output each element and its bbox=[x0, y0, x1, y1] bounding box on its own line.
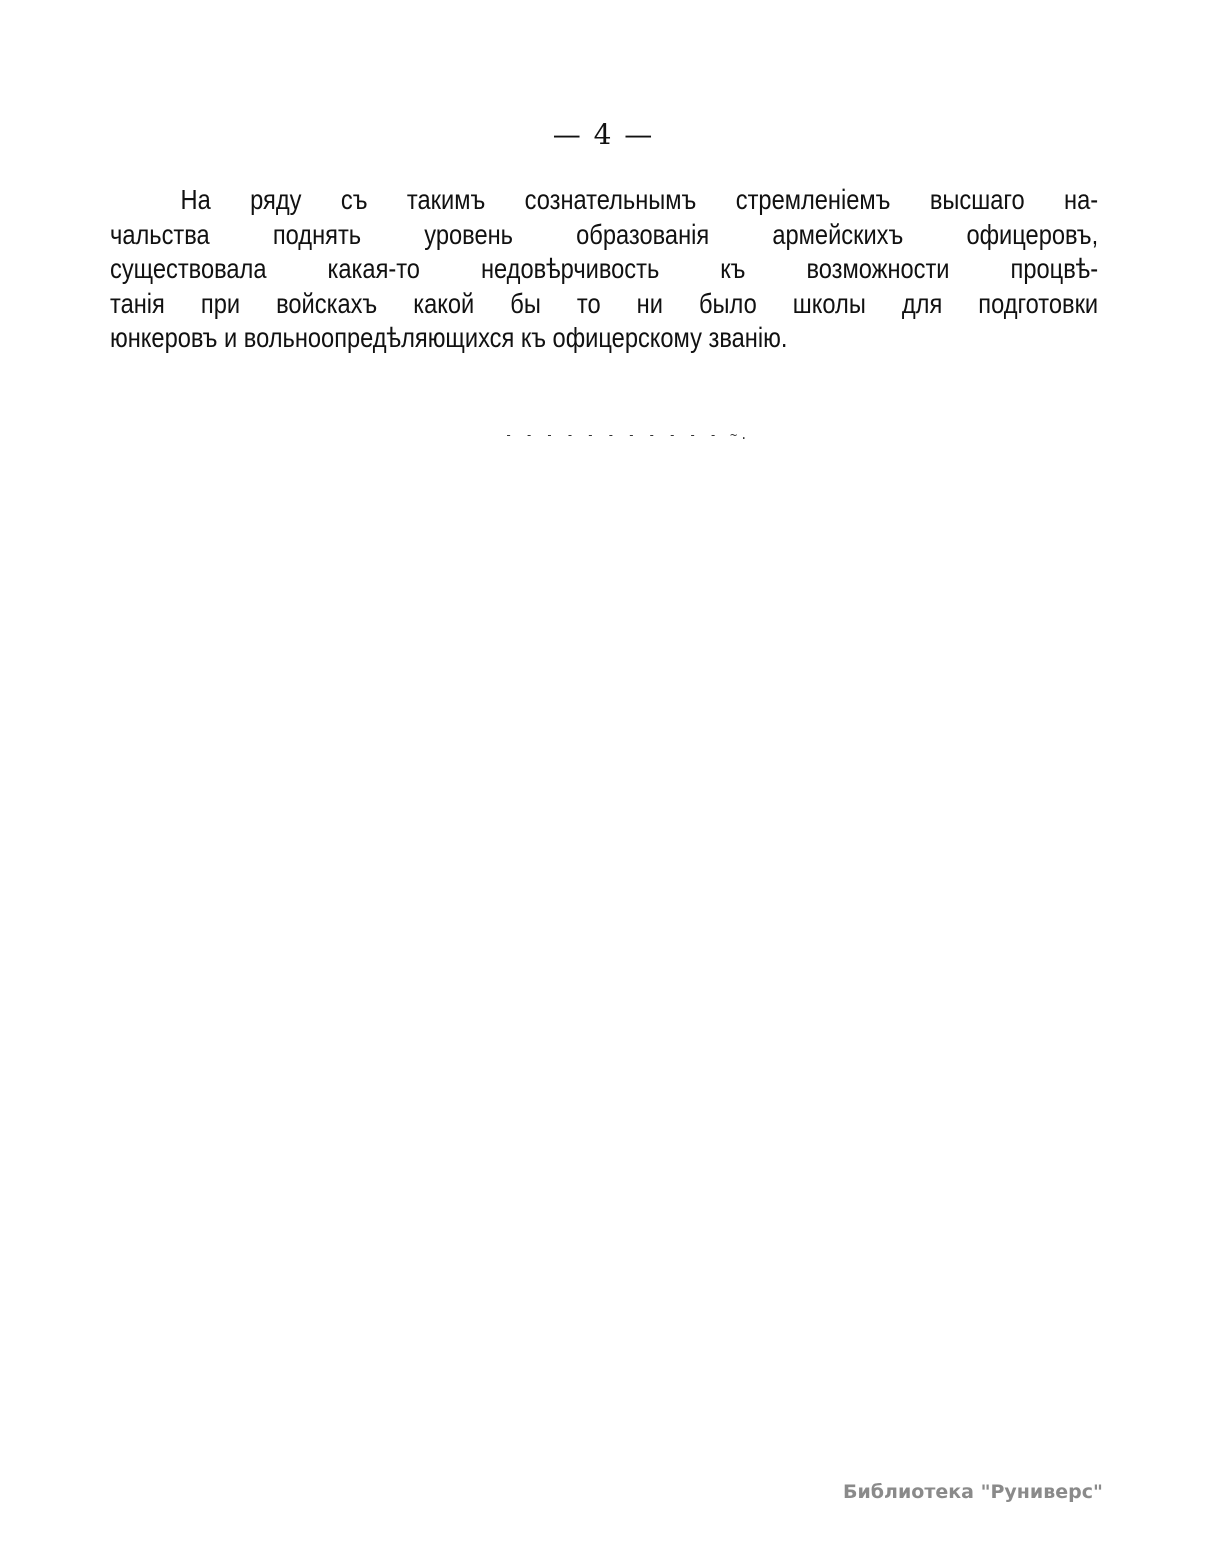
library-watermark: Библиотека "Руниверс" bbox=[843, 1481, 1103, 1503]
section-separator: - - - - - - - - - - - ~. bbox=[505, 428, 750, 442]
paragraph-line: юнкеровъ и вольноопредѣляющихся къ офице… bbox=[110, 321, 1098, 356]
paragraph-line: На ряду съ такимъ сознательнымъ стремлен… bbox=[110, 183, 1098, 218]
page-number: — 4 — bbox=[0, 118, 1207, 151]
paragraph-line: чальства поднять уровень образованія арм… bbox=[110, 218, 1098, 253]
paragraph-line: существовала какая-то недовѣрчивость къ … bbox=[110, 252, 1098, 287]
paragraph-line: танія при войскахъ какой бы то ни было ш… bbox=[110, 287, 1098, 322]
body-paragraph: На ряду съ такимъ сознательнымъ стремлен… bbox=[110, 183, 960, 356]
